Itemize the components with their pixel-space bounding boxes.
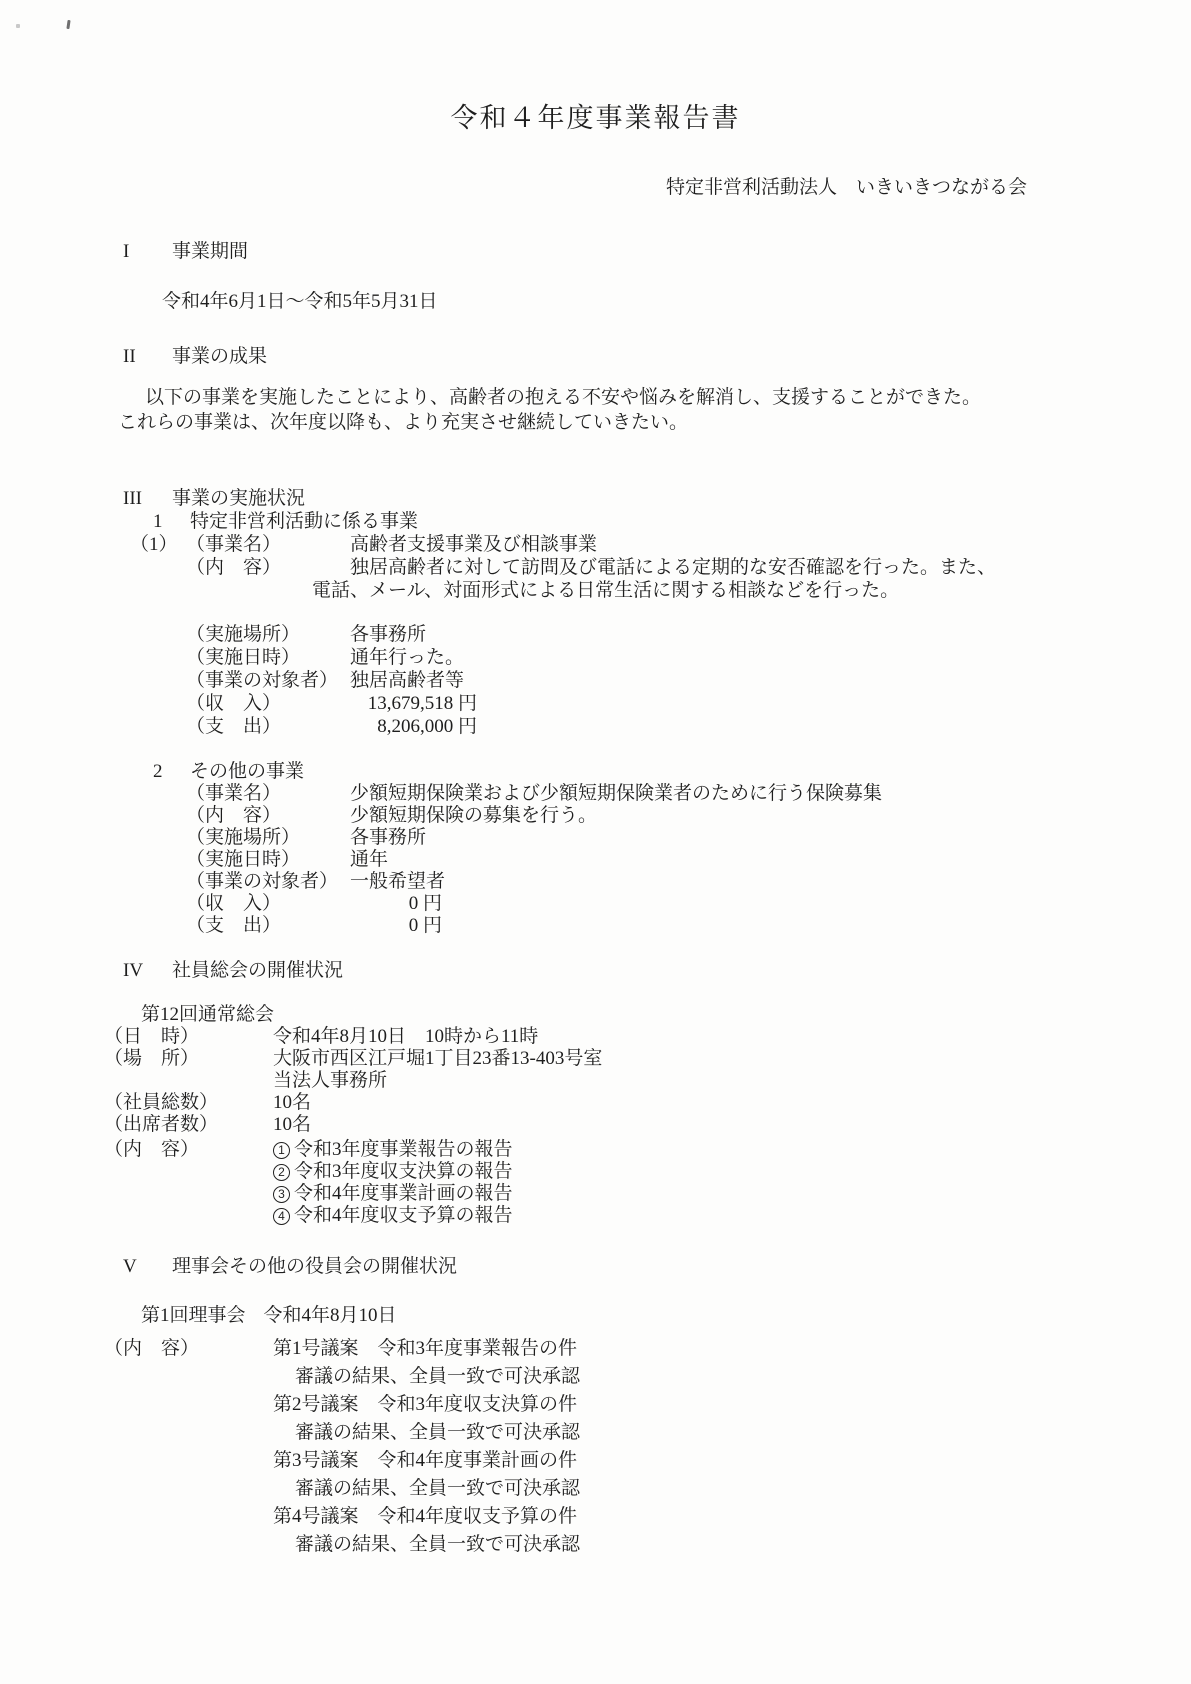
field-value: 一般希望者: [350, 871, 445, 892]
section-2-heading: II事業の成果: [123, 345, 1191, 368]
field-row: （社員総数）10名: [104, 1092, 1191, 1114]
field-label: （収 入）: [186, 692, 350, 715]
income-row: （収 入）0 円: [186, 893, 1191, 915]
business-period: 令和4年6月1日～令和5年5月31日: [162, 290, 1191, 313]
field-label: （社員総数）: [104, 1092, 273, 1114]
section-1-numeral: I: [123, 240, 172, 263]
expense-amount: 8,206,000 円: [350, 715, 477, 738]
item-number: （1）: [130, 533, 186, 556]
field-value: 独居高齢者等: [350, 670, 464, 691]
expense-row: （支 出）0 円: [186, 915, 1191, 937]
content-continuation: 電話、メール、対面形式による日常生活に関する相談などを行った。: [312, 579, 1191, 602]
section-4-title: 社員総会の開催状況: [172, 960, 343, 981]
general-meeting-title: 第12回通常総会: [141, 1003, 1191, 1026]
subsection-1-heading: 1特定非営利活動に係る事業: [153, 510, 1191, 533]
field-label: （内 容）: [186, 805, 350, 827]
case-text: 第1号議案 令和3年度事業報告の件: [273, 1338, 577, 1359]
agenda-item: 3令和4年度事業計画の報告: [104, 1183, 1191, 1205]
paragraph-line: 以下の事業を実施したことにより、高齢者の抱える不安や悩みを解消し、支援することが…: [145, 385, 1191, 410]
income-amount: 13,679,518 円: [350, 692, 477, 715]
expense-row: （支 出）8,206,000 円: [186, 715, 1191, 738]
field-value: 少額短期保険業および少額短期保険業者のために行う保険募集: [350, 783, 882, 804]
expense-amount: 0 円: [350, 915, 442, 937]
field-label: （実施場所）: [186, 827, 350, 849]
resolution-list: （内 容）第1号議案 令和3年度事業報告の件 審議の結果、全員一致で可決承認 第…: [0, 1335, 1191, 1559]
section-3-numeral: III: [123, 487, 172, 510]
subsection-1-title: 特定非営利活動に係る事業: [190, 511, 418, 532]
field-label: （日 時）: [104, 1026, 273, 1048]
business-name-row: （1）（事業名）高齢者支援事業及び相談事業: [130, 533, 1191, 556]
field-value: 10名: [273, 1114, 311, 1135]
resolution-result: 審議の結果、全員一致で可決承認: [295, 1363, 1191, 1391]
field-label: （実施日時）: [186, 646, 350, 669]
subsection-1-numeral: 1: [153, 510, 190, 533]
content-row: （内 容）少額短期保険の募集を行う。: [186, 805, 1191, 827]
case-text: 第3号議案 令和4年度事業計画の件: [273, 1450, 577, 1471]
resolution-case: 第4号議案 令和4年度収支予算の件: [104, 1503, 1191, 1531]
section-5-numeral: V: [123, 1255, 172, 1278]
organization-name: 特定非営利活動法人 いきいきつながる会: [0, 176, 1191, 199]
field-label: （支 出）: [186, 915, 350, 937]
agenda-text: 令和4年度事業計画の報告: [294, 1183, 513, 1204]
field-value: 令和4年8月10日 10時から11時: [273, 1026, 538, 1047]
field-label: （事業の対象者）: [186, 871, 350, 893]
field-row: 当法人事務所: [104, 1070, 1191, 1092]
field-label: （内 容）: [186, 556, 350, 579]
subsection-2-heading: 2その他の事業: [153, 760, 1191, 783]
board-meeting-row: 第1回理事会令和4年8月10日: [141, 1304, 1191, 1327]
section-4-numeral: IV: [123, 959, 172, 982]
circled-number-icon: 4: [273, 1208, 290, 1225]
agenda-text: 令和3年度収支決算の報告: [294, 1161, 513, 1182]
section-4-heading: IV社員総会の開催状況: [123, 959, 1191, 982]
section-5-title: 理事会その他の役員会の開催状況: [172, 1256, 457, 1277]
resolution-case: 第3号議案 令和4年度事業計画の件: [104, 1447, 1191, 1475]
field-value: 少額短期保険の募集を行う。: [350, 805, 597, 826]
resolution-result: 審議の結果、全員一致で可決承認: [295, 1531, 1191, 1559]
case-text: 第2号議案 令和3年度収支決算の件: [273, 1394, 577, 1415]
business-2-details: （事業名）少額短期保険業および少額短期保険業者のために行う保険募集 （内 容）少…: [0, 783, 1191, 937]
field-label: （内 容）: [104, 1335, 273, 1363]
board-meeting-title: 第1回理事会: [141, 1305, 246, 1326]
section-1-heading: I事業期間: [123, 240, 1191, 263]
field-label: （場 所）: [104, 1048, 273, 1070]
document-page: 令和４年度事業報告書 特定非営利活動法人 いきいきつながる会 I事業期間 令和4…: [0, 0, 1191, 1684]
resolution-case: （内 容）第1号議案 令和3年度事業報告の件: [104, 1335, 1191, 1363]
section-2-title: 事業の成果: [172, 346, 267, 367]
income-amount: 0 円: [350, 893, 442, 915]
field-row: （実施日時）通年: [186, 849, 1191, 871]
agenda-text: 令和3年度事業報告の報告: [294, 1139, 513, 1160]
field-label: （実施日時）: [186, 849, 350, 871]
field-value: 独居高齢者に対して訪問及び電話による定期的な安否確認を行った。また、: [350, 557, 996, 578]
subsection-2-title: その他の事業: [190, 761, 304, 782]
agenda-item: 2令和3年度収支決算の報告: [104, 1161, 1191, 1183]
field-row: （実施日時）通年行った。: [186, 646, 1191, 669]
circled-number-icon: 2: [273, 1164, 290, 1181]
business-1-details: （実施場所）各事務所 （実施日時）通年行った。 （事業の対象者）独居高齢者等 （…: [0, 623, 1191, 738]
field-row: （出席者数）10名: [104, 1114, 1191, 1136]
field-row: （実施場所）各事務所: [186, 827, 1191, 849]
business-name-row: （事業名）少額短期保険業および少額短期保険業者のために行う保険募集: [186, 783, 1191, 805]
field-row: （実施場所）各事務所: [186, 623, 1191, 646]
case-text: 第4号議案 令和4年度収支予算の件: [273, 1506, 577, 1527]
section-5-heading: V理事会その他の役員会の開催状況: [123, 1255, 1191, 1278]
field-value: 大阪市西区江戸堀1丁目23番13-403号室: [273, 1048, 602, 1069]
resolution-case: 第2号議案 令和3年度収支決算の件: [104, 1391, 1191, 1419]
scan-artifact: [16, 24, 20, 28]
section-3-heading: III事業の実施状況: [123, 487, 1191, 510]
field-row: （日 時）令和4年8月10日 10時から11時: [104, 1026, 1191, 1048]
field-value: 高齢者支援事業及び相談事業: [350, 534, 597, 555]
content-row: （内 容）独居高齢者に対して訪問及び電話による定期的な安否確認を行った。また、: [186, 556, 1191, 579]
circled-number-icon: 3: [273, 1186, 290, 1203]
field-label: （事業の対象者）: [186, 669, 350, 692]
field-row: （場 所）大阪市西区江戸堀1丁目23番13-403号室: [104, 1048, 1191, 1070]
field-label: （事業名）: [186, 533, 350, 556]
field-value: 10名: [273, 1092, 311, 1113]
document-title: 令和４年度事業報告書: [0, 0, 1191, 134]
field-value: 通年: [350, 849, 388, 870]
resolution-result: 審議の結果、全員一致で可決承認: [295, 1475, 1191, 1503]
field-label: （出席者数）: [104, 1114, 273, 1136]
field-label: （内 容）: [104, 1139, 273, 1161]
agenda-item: 4令和4年度収支予算の報告: [104, 1205, 1191, 1227]
field-value: 各事務所: [350, 624, 426, 645]
field-value: 各事務所: [350, 827, 426, 848]
section-1-title: 事業期間: [172, 241, 248, 262]
results-paragraph: 以下の事業を実施したことにより、高齢者の抱える不安や悩みを解消し、支援することが…: [0, 385, 1191, 435]
circled-number-icon: 1: [273, 1142, 290, 1159]
field-label: （事業名）: [186, 783, 350, 805]
field-row: （事業の対象者）一般希望者: [186, 871, 1191, 893]
general-meeting-details: （日 時）令和4年8月10日 10時から11時 （場 所）大阪市西区江戸堀1丁目…: [0, 1026, 1191, 1136]
paragraph-line: これらの事業は、次年度以降も、より充実させ継続していきたい。: [118, 410, 1191, 435]
subsection-2-numeral: 2: [153, 760, 190, 783]
income-row: （収 入）13,679,518 円: [186, 692, 1191, 715]
agenda-list: （内 容）1令和3年度事業報告の報告 2令和3年度収支決算の報告 3令和4年度事…: [0, 1139, 1191, 1227]
field-label: （実施場所）: [186, 623, 350, 646]
field-value: 通年行った。: [350, 647, 464, 668]
agenda-item: （内 容）1令和3年度事業報告の報告: [104, 1139, 1191, 1161]
field-label: （支 出）: [186, 715, 350, 738]
field-label: （収 入）: [186, 893, 350, 915]
field-value: 当法人事務所: [273, 1070, 387, 1091]
field-row: （事業の対象者）独居高齢者等: [186, 669, 1191, 692]
section-3-title: 事業の実施状況: [172, 488, 305, 509]
resolution-result: 審議の結果、全員一致で可決承認: [295, 1419, 1191, 1447]
board-meeting-date: 令和4年8月10日: [264, 1305, 397, 1326]
section-2-numeral: II: [123, 345, 172, 368]
agenda-text: 令和4年度収支予算の報告: [294, 1205, 513, 1226]
